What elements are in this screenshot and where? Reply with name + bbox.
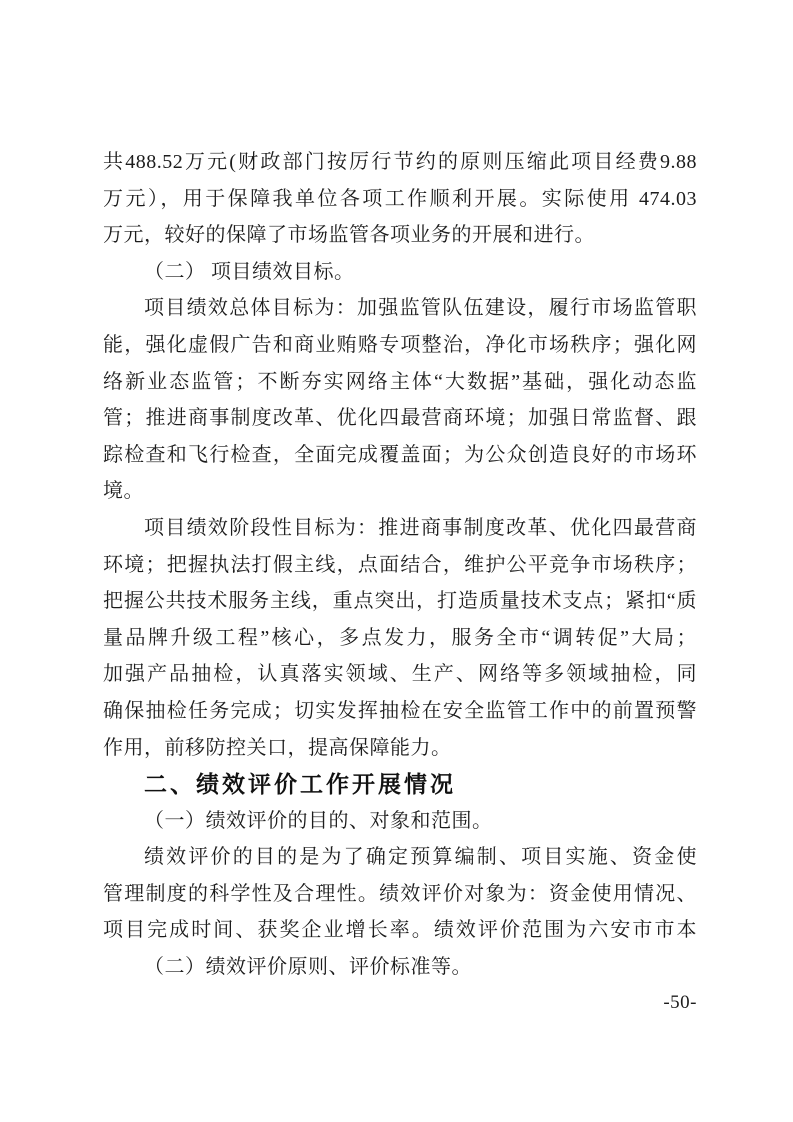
text-line: 万元，较好的保障了市场监管各项业务的开展和进行。: [103, 217, 697, 254]
text-line: 项目绩效总体目标为：加强监管队伍建设，履行市场监管职: [103, 290, 697, 327]
section-heading: 二、绩效评价工作开展情况: [103, 766, 697, 803]
subsection-heading: （二） 项目绩效目标。: [103, 254, 697, 291]
subsection-heading: （一）绩效评价的目的、对象和范围。: [103, 803, 697, 840]
text-line: 管理制度的科学性及合理性。绩效评价对象为：资金使用情况、: [103, 876, 697, 913]
text-line: 境。: [103, 473, 697, 510]
text-line: 项目完成时间、获奖企业增长率。绩效评价范围为六安市市本级。: [103, 912, 697, 949]
text-line: 绩效评价的目的是为了确定预算编制、项目实施、资金使用、: [103, 839, 697, 876]
text-line: 量品牌升级工程”核心，多点发力，服务全市“调转促”大局；: [103, 620, 697, 657]
text-line: 能，强化虚假广告和商业贿赂专项整治，净化市场秩序；强化网: [103, 327, 697, 364]
document-body: 共488.52万元(财政部门按厉行节约的原则压缩此项目经费9.88 万元），用于…: [103, 144, 697, 986]
text-line: 万元），用于保障我单位各项工作顺利开展。实际使用 474.03: [103, 181, 697, 218]
text-line: 把握公共技术服务主线，重点突出，打造质量技术支点；紧扣“质: [103, 583, 697, 620]
text-line: 踪检查和飞行检查，全面完成覆盖面；为公众创造良好的市场环: [103, 437, 697, 474]
document-page: 共488.52万元(财政部门按厉行节约的原则压缩此项目经费9.88 万元），用于…: [0, 0, 793, 1122]
text-line: 作用，前移防控关口，提高保障能力。: [103, 730, 697, 767]
text-line: 加强产品抽检，认真落实领域、生产、网络等多领域抽检，同时，: [103, 656, 697, 693]
text-line: 项目绩效阶段性目标为：推进商事制度改革、优化四最营商: [103, 510, 697, 547]
subsection-heading: （二）绩效评价原则、评价标准等。: [103, 949, 697, 986]
text-line: 确保抽检任务完成；切实发挥抽检在安全监管工作中的前置预警: [103, 693, 697, 730]
text-line: 环境；把握执法打假主线，点面结合，维护公平竞争市场秩序；: [103, 547, 697, 584]
text-line: 管；推进商事制度改革、优化四最营商环境；加强日常监督、跟: [103, 400, 697, 437]
page-number: -50-: [663, 992, 697, 1014]
text-line: 络新业态监管；不断夯实网络主体“大数据”基础，强化动态监: [103, 364, 697, 401]
text-line: 共488.52万元(财政部门按厉行节约的原则压缩此项目经费9.88: [103, 144, 697, 181]
